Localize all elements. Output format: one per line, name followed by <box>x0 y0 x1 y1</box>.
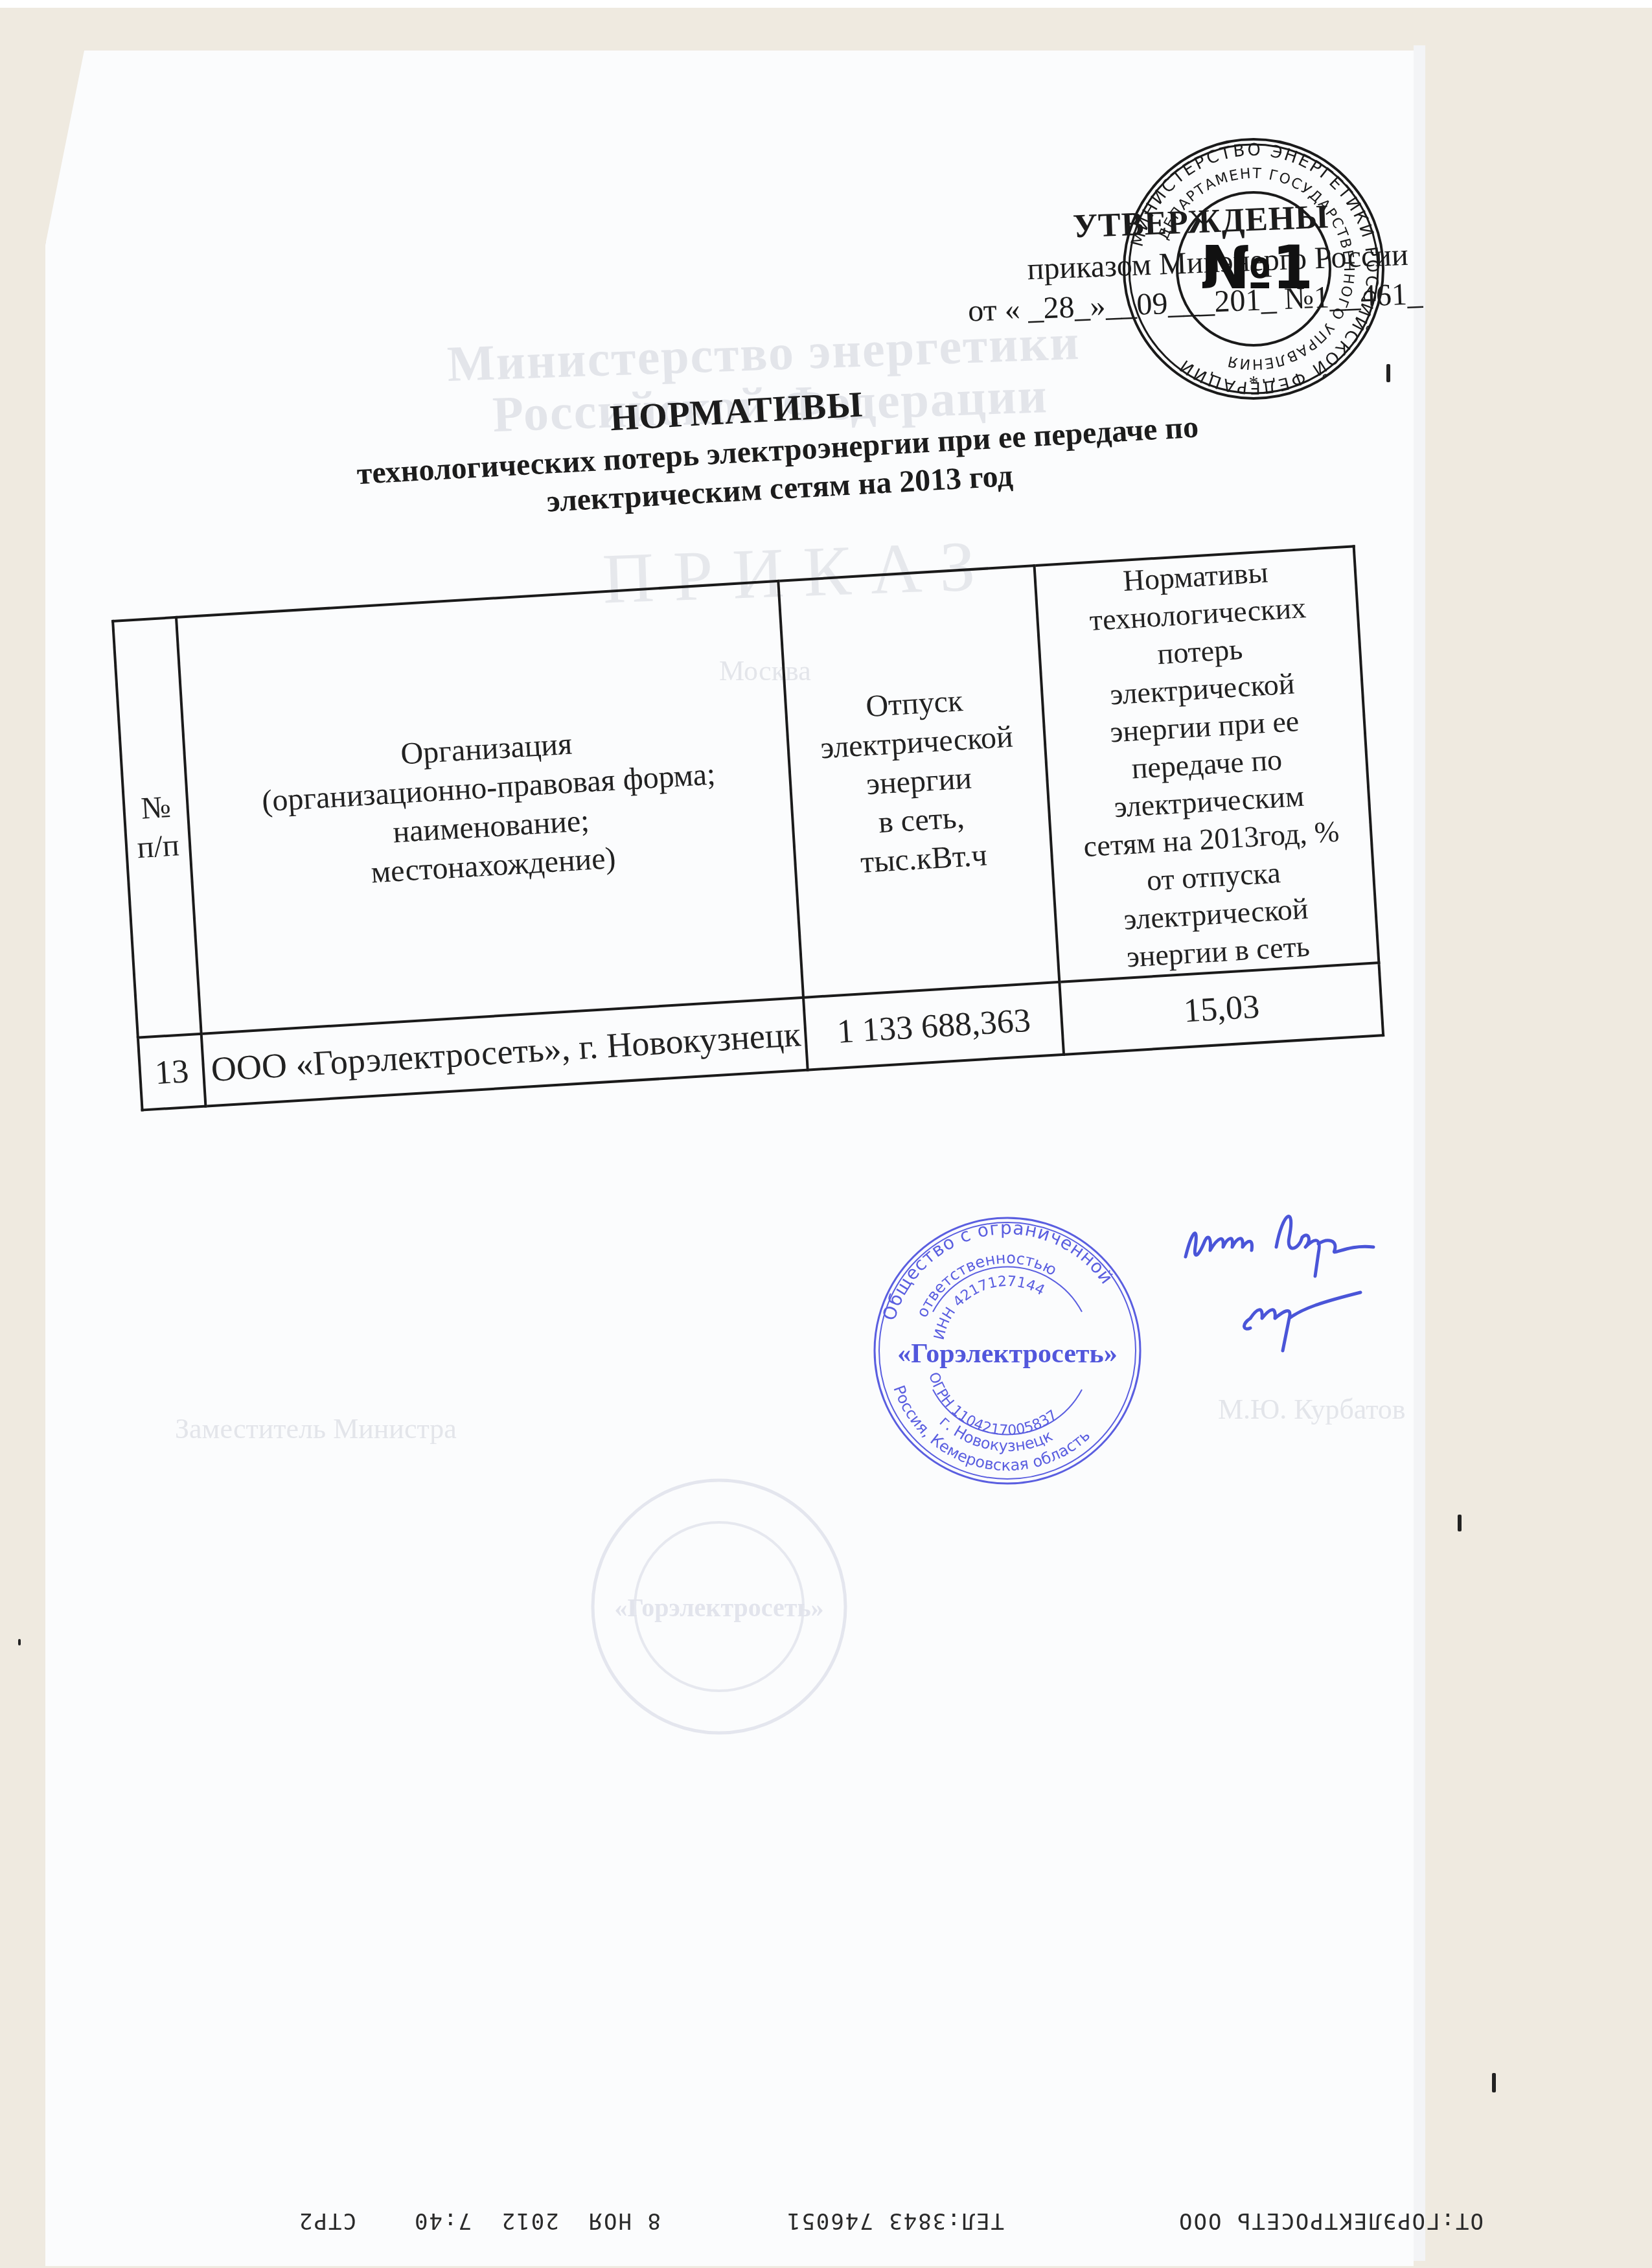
ghost-deputy-text: Заместитель Министра <box>175 1412 457 1445</box>
fax-datetime: 8 НОЯ 2012 7:40 <box>413 2208 661 2234</box>
header-loss-norm: Нормативы технологических потерь электри… <box>1035 546 1379 982</box>
fax-header: ОТ:ГОРЭЛЕКТРОСЕТЬ ООО ТЕЛ:3843 746051 8 … <box>214 2201 1497 2234</box>
company-stamp-name: «Горэлектросеть» <box>897 1339 1117 1369</box>
header-energy-supply: Отпуск электрической энергии в сеть, тыс… <box>779 566 1060 998</box>
header-organization: Организация (организационно-правовая фор… <box>176 581 803 1034</box>
norms-table: № п/п Организация (организационно-правов… <box>111 545 1385 1111</box>
handwritten-signature-icon <box>1179 1186 1458 1354</box>
fax-phone: ТЕЛ:3843 746051 <box>786 2208 1004 2234</box>
fax-from: ОТ:ГОРЭЛЕКТРОСЕТЬ ООО <box>1178 2208 1484 2234</box>
margin-mark <box>18 1639 21 1645</box>
margin-mark <box>1492 2073 1496 2092</box>
ghost-stamp-icon: «Горэлектросеть» <box>583 1471 855 1743</box>
svg-text:«Горэлектросеть»: «Горэлектросеть» <box>614 1593 823 1622</box>
margin-mark <box>1458 1515 1462 1531</box>
margin-mark <box>1386 364 1390 382</box>
fax-page: СТР2 <box>298 2208 356 2234</box>
cell-energy-supply: 1 133 688,363 <box>803 982 1064 1070</box>
svg-text:*: * <box>1249 372 1259 393</box>
paper-edge <box>1414 45 1425 2261</box>
company-stamp-icon: Общество с ограниченной ответственностью… <box>871 1215 1143 1487</box>
scan-border <box>0 0 1652 8</box>
ministry-stamp-icon: МИНИСТЕРСТВО ЭНЕРГЕТИКИ РОССИЙСКОЙ ФЕДЕР… <box>1118 133 1390 405</box>
ghost-name-text: М.Ю. Курбатов <box>1218 1393 1406 1426</box>
company-stamp-outer-top: Общество с ограниченной <box>878 1217 1118 1323</box>
norms-table-container: № п/п Организация (организационно-правов… <box>111 545 1385 1111</box>
table-header-row: № п/п Организация (организационно-правов… <box>113 546 1379 1037</box>
cell-number: 13 <box>138 1034 206 1110</box>
ministry-stamp-number: №1 <box>1200 233 1314 303</box>
svg-text:Общество с ограниченной: Общество с ограниченной <box>878 1217 1118 1323</box>
